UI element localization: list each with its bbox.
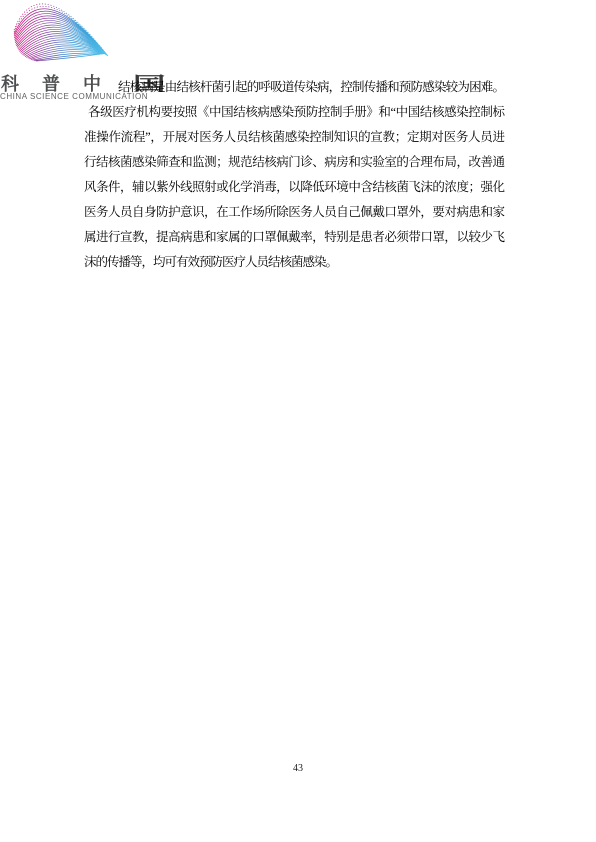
- page-number: 43: [0, 763, 596, 774]
- body-text-line: 风条件，辅以紫外线照射或化学消毒，以降低环境中含结核菌飞沫的浓度；强化: [84, 175, 504, 200]
- document-page: 科 普 中 国 CHINA SCIENCE COMMUNICATION 结核病是…: [0, 0, 596, 842]
- body-text-line: 沫的传播等，均可有效预防医疗人员结核菌感染。: [84, 250, 504, 275]
- logo-wordmark-char: 普: [42, 75, 60, 93]
- body-text-line: 各级医疗机构要按照《中国结核病感染预防控制手册》和“中国结核感染控制标: [84, 100, 504, 125]
- body-text-line: 属进行宣教，提高病患和家属的口罩佩戴率，特别是患者必须带口罩，以较少飞: [84, 225, 504, 250]
- body-text-line: 医务人员自身防护意识，在工作场所除医务人员自己佩戴口罩外，要对病患和家: [84, 200, 504, 225]
- body-text-line: 行结核菌感染筛查和监测；规范结核病门诊、病房和实验室的合理布局，改善通: [84, 150, 504, 175]
- logo-wordmark-char: 科: [1, 75, 19, 93]
- body-text-line: 结核病是由结核杆菌引起的呼吸道传染病，控制传播和预防感染较为困难。: [84, 75, 504, 100]
- body-text-line: 准操作流程”，开展对医务人员结核菌感染控制知识的宣教；定期对医务人员进: [84, 125, 504, 150]
- body-text: 结核病是由结核杆菌引起的呼吸道传染病，控制传播和预防感染较为困难。 各级医疗机构…: [84, 75, 504, 275]
- csc-swoosh-icon: [0, 0, 120, 64]
